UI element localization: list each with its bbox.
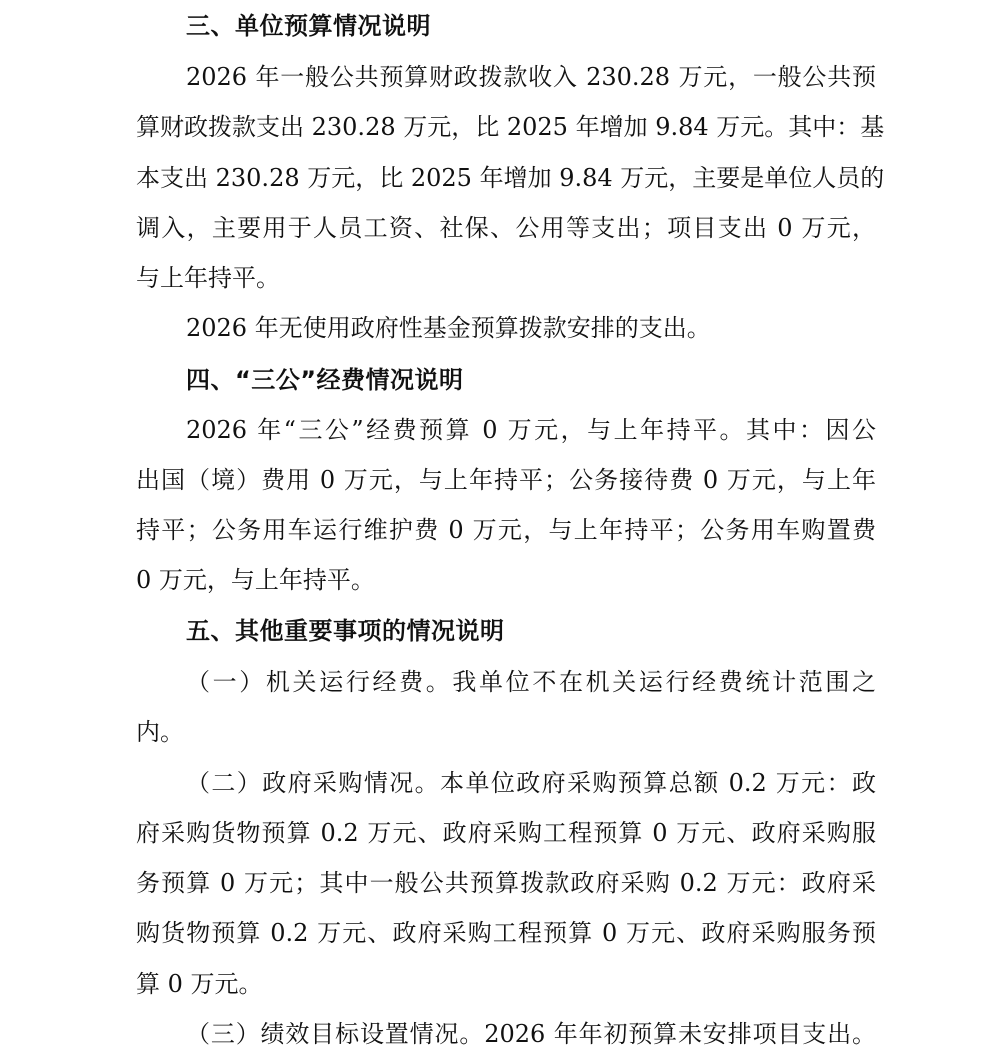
- paragraph-line: 2026 年“三公”经费预算 0 万元，与上年持平。其中：因公: [186, 405, 876, 455]
- paragraph-line: 购货物预算 0.2 万元、政府采购工程预算 0 万元、政府采购服务预: [136, 908, 876, 958]
- paragraph-line: 持平；公务用车运行维护费 0 万元，与上年持平；公务用车购置费: [136, 505, 876, 555]
- section-heading-other-matters: 五、其他重要事项的情况说明: [186, 606, 876, 656]
- paragraph-line: 本支出 230.28 万元，比 2025 年增加 9.84 万元，主要是单位人员…: [136, 153, 876, 203]
- section-heading-three-public: 四、“三公”经费情况说明: [186, 355, 876, 405]
- paragraph-line: （一）机关运行经费。我单位不在机关运行经费统计范围之: [186, 657, 876, 707]
- paragraph-line: （三）绩效目标设置情况。2026 年年初预算未安排项目支出。: [186, 1009, 876, 1059]
- document-page: 三、单位预算情况说明 2026 年一般公共预算财政拨款收入 230.28 万元，…: [0, 0, 1000, 1059]
- paragraph-line: 0 万元，与上年持平。: [136, 555, 876, 605]
- paragraph-line: （二）政府采购情况。本单位政府采购预算总额 0.2 万元：政: [186, 758, 876, 808]
- paragraph-line: 与上年持平。: [136, 253, 876, 303]
- paragraph-line: 调入，主要用于人员工资、社保、公用等支出；项目支出 0 万元，: [136, 203, 876, 253]
- paragraph-line: 2026 年一般公共预算财政拨款收入 230.28 万元，一般公共预: [186, 52, 876, 102]
- paragraph-line: 出国（境）费用 0 万元，与上年持平；公务接待费 0 万元，与上年: [136, 455, 876, 505]
- section-heading-budget: 三、单位预算情况说明: [186, 1, 876, 51]
- paragraph-line: 算 0 万元。: [136, 959, 876, 1009]
- paragraph-line: 2026 年无使用政府性基金预算拨款安排的支出。: [186, 303, 876, 353]
- paragraph-line: 府采购货物预算 0.2 万元、政府采购工程预算 0 万元、政府采购服: [136, 808, 876, 858]
- paragraph-line: 内。: [136, 707, 876, 757]
- paragraph-line: 务预算 0 万元；其中一般公共预算拨款政府采购 0.2 万元：政府采: [136, 858, 876, 908]
- paragraph-line: 算财政拨款支出 230.28 万元，比 2025 年增加 9.84 万元。其中：…: [136, 102, 876, 152]
